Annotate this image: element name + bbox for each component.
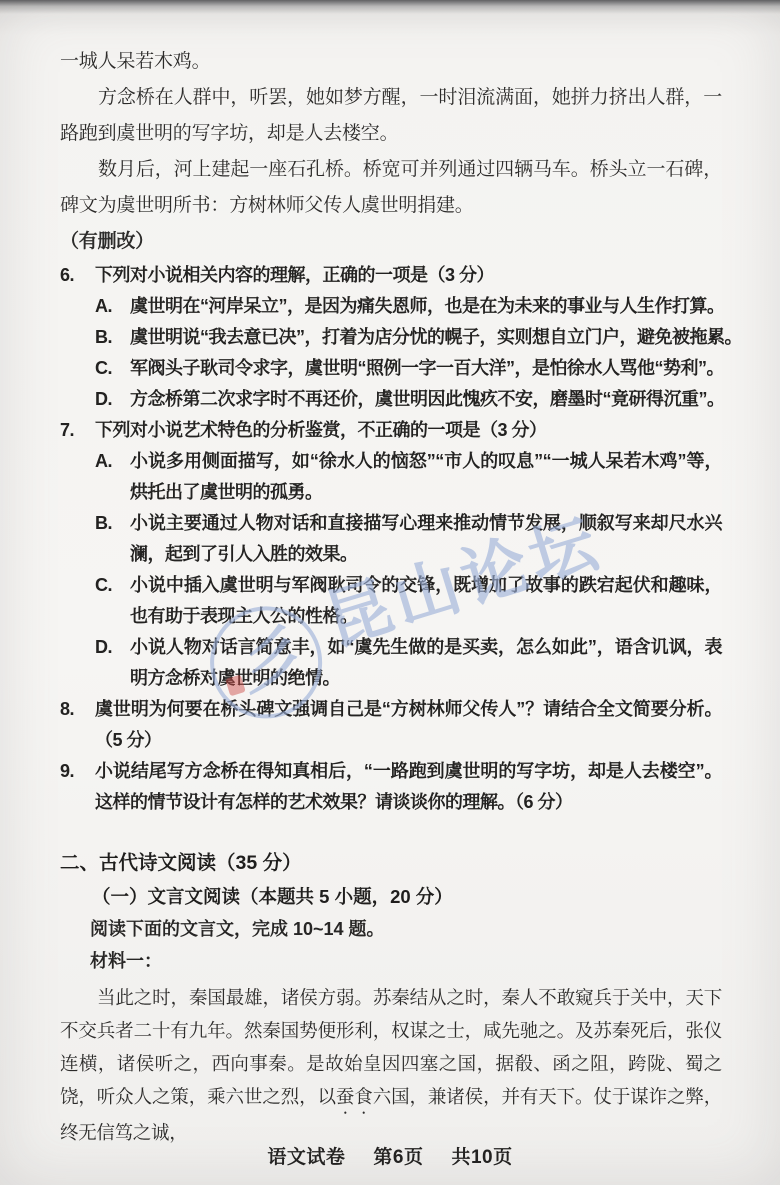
question-stem-text: 虞世明为何要在桥头碑文强调自己是“方树林师父传人”？请结合全文简要分析。（5 分… [95, 694, 722, 756]
option-text: 军阀头子耿司令求字，虞世明“照例一字一百大洋”，是怕徐水人骂他“势利”。 [130, 353, 724, 384]
option-label: A. [95, 291, 130, 322]
question-7-option-b: B. 小说主要通过人物对话和直接描写心理来推动情节发展，顺叙写来却尺水兴澜，起到… [95, 508, 722, 570]
option-text: 小说多用侧面描写，如“徐水人的恼怒”“市人的叹息”“一城人呆若木鸡”等，烘托出了… [130, 446, 722, 508]
option-label: C. [95, 353, 130, 384]
question-8-stem: 8. 虞世明为何要在桥头碑文强调自己是“方树林师父传人”？请结合全文简要分析。（… [60, 694, 722, 756]
option-text: 小说中插入虞世明与军阀耿司令的交锋，既增加了故事的跌宕起伏和趣味，也有助于表现主… [130, 570, 722, 632]
question-number: 6. [60, 260, 95, 291]
option-label: B. [95, 322, 130, 353]
option-label: C. [95, 570, 130, 601]
exam-paper-page: 彡 昆山论坛 一城人呆若木鸡。 方念桥在人群中，听罢，她如梦方醒，一时泪流满面，… [0, 0, 780, 1185]
question-7-stem: 7. 下列对小说艺术特色的分析鉴赏，不正确的一项是（3 分） [60, 415, 722, 446]
page-footer: 语文试卷第6页共10页 [0, 1142, 780, 1169]
question-6-option-a: A. 虞世明在“河岸呆立”，是因为痛失恩师，也是在为未来的事业与人生作打算。 [95, 291, 722, 322]
option-text: 小说人物对话言简意丰，如“虞先生做的是买卖，怎么如此”，语含讥讽，表明方念桥对虞… [130, 632, 722, 694]
question-stem-text: 下列对小说艺术特色的分析鉴赏，不正确的一项是（3 分） [95, 415, 722, 446]
question-6-option-b: B. 虞世明说“我去意已决”，打着为店分忧的幌子，实则想自立门户，避免被拖累。 [95, 322, 722, 353]
photo-edge-shadow [0, 0, 780, 14]
question-number: 9. [60, 756, 95, 787]
classical-passage: 当此之时，秦国最雄，诸侯方弱。苏秦结从之时，秦人不敢窥兵于关中，天下不交兵者二十… [60, 983, 722, 1151]
question-7-option-a: A. 小说多用侧面描写，如“徐水人的恼怒”“市人的叹息”“一城人呆若木鸡”等，烘… [95, 446, 722, 508]
page-content: 一城人呆若木鸡。 方念桥在人群中，听罢，她如梦方醒，一时泪流满面，她拼力挤出人群… [60, 44, 722, 1151]
question-7-option-d: D. 小说人物对话言简意丰，如“虞先生做的是买卖，怎么如此”，语含讥讽，表明方念… [95, 632, 722, 694]
option-text: 小说主要通过人物对话和直接描写心理来推动情节发展，顺叙写来却尺水兴澜，起到了引人… [130, 508, 722, 570]
material-one-label: 材料一： [90, 945, 722, 977]
section-two: 二、古代诗文阅读（35 分） （一）文言文阅读（本题共 5 小题，20 分） 阅… [60, 846, 722, 977]
classical-emphasized-words: 蚕食 [336, 1088, 373, 1108]
question-6-option-d: D. 方念桥第二次求字时不再还价，虞世明因此愧疚不安，磨墨时“竟研得沉重”。 [95, 384, 722, 415]
option-text: 方念桥第二次求字时不再还价，虞世明因此愧疚不安，磨墨时“竟研得沉重”。 [130, 384, 725, 415]
source-attribution: （有删改） [60, 224, 722, 260]
option-label: D. [95, 384, 130, 415]
question-6-option-c: C. 军阀头子耿司令求字，虞世明“照例一字一百大洋”，是怕徐水人骂他“势利”。 [95, 353, 722, 384]
footer-paper-title: 语文试卷 [267, 1147, 345, 1168]
question-stem-text: 小说结尾写方念桥在得知真相后，“一路跑到虞世明的写字坊，却是人去楼空”。这样的情… [95, 756, 722, 818]
question-6-stem: 6. 下列对小说相关内容的理解，正确的一项是（3 分） [60, 260, 722, 291]
option-label: A. [95, 446, 130, 477]
footer-total-pages: 共10页 [451, 1147, 512, 1168]
option-text: 虞世明说“我去意已决”，打着为店分忧的幌子，实则想自立门户，避免被拖累。 [130, 322, 742, 353]
option-label: D. [95, 632, 130, 663]
questions-block: 6. 下列对小说相关内容的理解，正确的一项是（3 分） A. 虞世明在“河岸呆立… [60, 260, 722, 818]
story-paragraph: 数月后，河上建起一座石孔桥。桥宽可并列通过四辆马车。桥头立一石碑，碑文为虞世明所… [60, 152, 722, 224]
story-continuation-line: 一城人呆若木鸡。 [60, 44, 722, 80]
option-text: 虞世明在“河岸呆立”，是因为痛失恩师，也是在为未来的事业与人生作打算。 [130, 291, 725, 322]
story-paragraph: 方念桥在人群中，听罢，她如梦方醒，一时泪流满面，她拼力挤出人群，一路跑到虞世明的… [60, 80, 722, 152]
story-excerpt: 一城人呆若木鸡。 方念桥在人群中，听罢，她如梦方醒，一时泪流满面，她拼力挤出人群… [60, 44, 722, 260]
reading-instruction: 阅读下面的文言文，完成 10~14 题。 [90, 913, 722, 945]
question-number: 7. [60, 415, 95, 446]
question-stem-text: 下列对小说相关内容的理解，正确的一项是（3 分） [95, 260, 722, 291]
option-label: B. [95, 508, 130, 539]
footer-page-number: 第6页 [373, 1147, 423, 1168]
question-number: 8. [60, 694, 95, 725]
question-9-stem: 9. 小说结尾写方念桥在得知真相后，“一路跑到虞世明的写字坊，却是人去楼空”。这… [60, 756, 722, 818]
question-7-option-c: C. 小说中插入虞世明与军阀耿司令的交锋，既增加了故事的跌宕起伏和趣味，也有助于… [95, 570, 722, 632]
section-heading: 二、古代诗文阅读（35 分） [60, 846, 722, 880]
section-subheading: （一）文言文阅读（本题共 5 小题，20 分） [92, 880, 722, 913]
